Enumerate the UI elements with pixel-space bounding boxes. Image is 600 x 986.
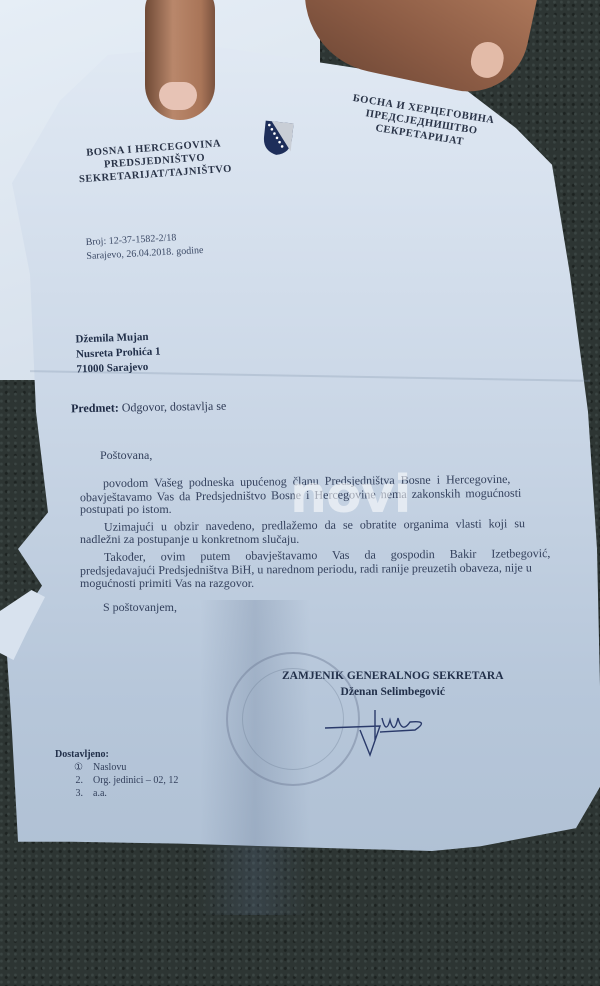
delivery-label: Dostavljeno: bbox=[55, 748, 178, 761]
paragraph-line: postupati po istom. bbox=[80, 502, 172, 517]
recipient-city: 71000 Sarajevo bbox=[76, 360, 161, 378]
subject-line: Predmet: Odgovor, dostavlja se bbox=[71, 399, 227, 417]
delivery-item: 3.a.a. bbox=[55, 787, 178, 800]
closing: S poštovanjem, bbox=[103, 600, 177, 615]
signatory-name: Dženan Selimbegović bbox=[282, 684, 504, 700]
subject-label: Predmet: bbox=[71, 401, 119, 416]
subject-text: Odgovor, dostavlja se bbox=[122, 399, 227, 415]
thumb bbox=[145, 0, 215, 120]
greeting: Poštovana, bbox=[100, 448, 152, 463]
handwritten-signature bbox=[320, 700, 440, 760]
paragraph-line: nadležni za postupanje u konkretnom sluč… bbox=[80, 532, 299, 547]
signatory-title: ZAMJENIK GENERALNOG SEKRETARA bbox=[282, 668, 504, 684]
watermark-logo: novi bbox=[290, 465, 410, 525]
coat-of-arms-icon bbox=[260, 118, 296, 157]
delivery-list: Dostavljeno: ①Naslovu 2.Org. jedinici – … bbox=[55, 748, 178, 800]
thumb-nail bbox=[159, 82, 197, 110]
paragraph-line: mogućnosti primiti Vas na razgovor. bbox=[80, 576, 254, 591]
delivery-item: ①Naslovu bbox=[55, 761, 178, 774]
finger-nail bbox=[468, 39, 507, 81]
signature-block: ZAMJENIK GENERALNOG SEKRETARA Dženan Sel… bbox=[282, 668, 504, 700]
recipient-address: Džemila Mujan Nusreta Prohića 1 71000 Sa… bbox=[75, 330, 161, 378]
delivery-item: 2.Org. jedinici – 02, 12 bbox=[55, 774, 178, 787]
